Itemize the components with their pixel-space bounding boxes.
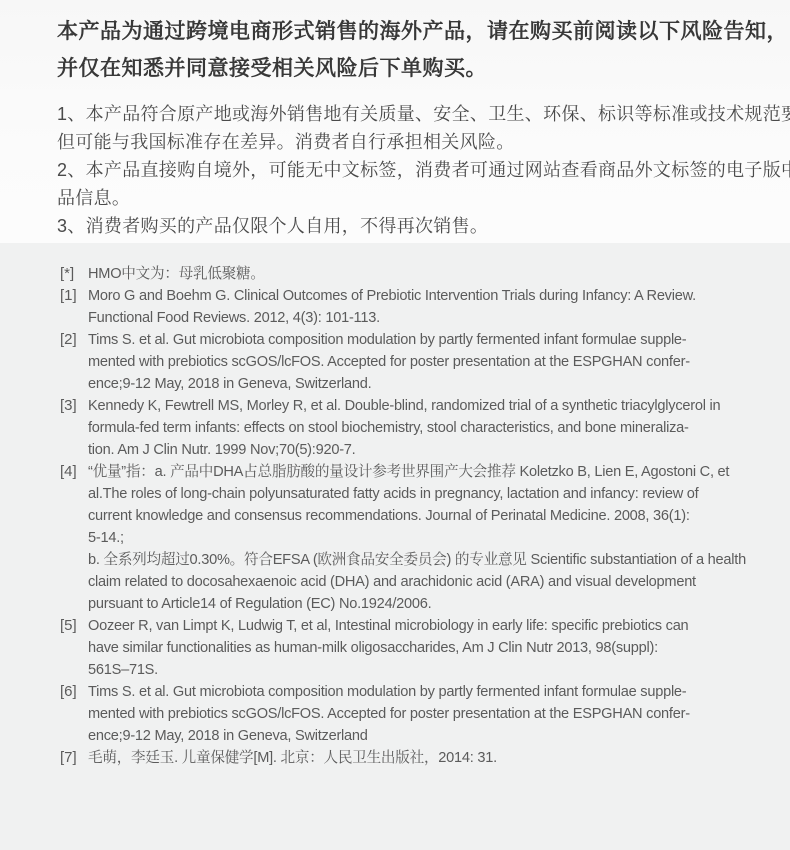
reference-line: Moro G and Boehm G. Clinical Outcomes of… bbox=[88, 285, 752, 307]
reference-text: “优量”指：a. 产品中DHA占总脂肪酸的量设计参考世界围产大会推荐 Kolet… bbox=[88, 461, 752, 615]
reference-item-4: [4] “优量”指：a. 产品中DHA占总脂肪酸的量设计参考世界围产大会推荐 K… bbox=[60, 461, 752, 615]
reference-label: [7] bbox=[60, 747, 88, 769]
reference-label: [3] bbox=[60, 395, 88, 417]
risk-point-line: 2、本产品直接购自境外，可能无中文标签，消费者可通过网站查看商品外文标签的电子版… bbox=[57, 156, 738, 184]
reference-line: have similar functionalities as human-mi… bbox=[88, 637, 752, 659]
reference-label: [*] bbox=[60, 263, 88, 285]
reference-line: ence;9-12 May, 2018 in Geneva, Switzerla… bbox=[88, 373, 752, 395]
product-detail-page: 本产品为通过跨境电商形式销售的海外产品，请在购买前阅读以下风险告知， 并仅在知悉… bbox=[0, 0, 790, 850]
risk-notice-heading: 本产品为通过跨境电商形式销售的海外产品，请在购买前阅读以下风险告知， 并仅在知悉… bbox=[57, 13, 738, 87]
reference-label: [2] bbox=[60, 329, 88, 351]
reference-line: mented with prebiotics scGOS/lcFOS. Acce… bbox=[88, 351, 752, 373]
reference-item-1: [1] Moro G and Boehm G. Clinical Outcome… bbox=[60, 285, 752, 329]
reference-item-3: [3] Kennedy K, Fewtrell MS, Morley R, et… bbox=[60, 395, 752, 461]
reference-text: Oozeer R, van Limpt K, Ludwig T, et al, … bbox=[88, 615, 752, 681]
reference-line: 毛萌，李廷玉. 儿童保健学[M]. 北京：人民卫生出版社，2014: 31. bbox=[88, 747, 752, 769]
reference-text: 毛萌，李廷玉. 儿童保健学[M]. 北京：人民卫生出版社，2014: 31. bbox=[88, 747, 752, 769]
reference-label: [6] bbox=[60, 681, 88, 703]
reference-line: 561S–71S. bbox=[88, 659, 752, 681]
reference-line: Tims S. et al. Gut microbiota compositio… bbox=[88, 681, 752, 703]
reference-line: pursuant to Article14 of Regulation (EC)… bbox=[88, 593, 752, 615]
reference-line: 5-14.; bbox=[88, 527, 752, 549]
reference-item-5: [5] Oozeer R, van Limpt K, Ludwig T, et … bbox=[60, 615, 752, 681]
risk-point-line: 但可能与我国标准存在差异。消费者自行承担相关风险。 bbox=[57, 128, 738, 156]
reference-item-2: [2] Tims S. et al. Gut microbiota compos… bbox=[60, 329, 752, 395]
reference-line: HMO中文为：母乳低聚糖。 bbox=[88, 263, 752, 285]
reference-line: “优量”指：a. 产品中DHA占总脂肪酸的量设计参考世界围产大会推荐 Kolet… bbox=[88, 461, 752, 483]
reference-text: HMO中文为：母乳低聚糖。 bbox=[88, 263, 752, 285]
risk-notice-points: 1、本产品符合原产地或海外销售地有关质量、安全、卫生、环保、标识等标准或技术规范… bbox=[57, 100, 738, 240]
reference-line: mented with prebiotics scGOS/lcFOS. Acce… bbox=[88, 703, 752, 725]
risk-point-line: 1、本产品符合原产地或海外销售地有关质量、安全、卫生、环保、标识等标准或技术规范… bbox=[57, 100, 738, 128]
references-section: [*] HMO中文为：母乳低聚糖。 [1] Moro G and Boehm G… bbox=[0, 243, 790, 850]
reference-item-7: [7] 毛萌，李廷玉. 儿童保健学[M]. 北京：人民卫生出版社，2014: 3… bbox=[60, 747, 752, 769]
heading-line: 并仅在知悉并同意接受相关风险后下单购买。 bbox=[57, 50, 738, 87]
risk-point-line: 3、消费者购买的产品仅限个人自用，不得再次销售。 bbox=[57, 212, 738, 240]
reference-line: claim related to docosahexaenoic acid (D… bbox=[88, 571, 752, 593]
reference-line: current knowledge and consensus recommen… bbox=[88, 505, 752, 527]
risk-point-line: 品信息。 bbox=[57, 184, 738, 212]
reference-text: Kennedy K, Fewtrell MS, Morley R, et al.… bbox=[88, 395, 752, 461]
reference-text: Tims S. et al. Gut microbiota compositio… bbox=[88, 329, 752, 395]
reference-line: al.The roles of long-chain polyunsaturat… bbox=[88, 483, 752, 505]
reference-line: Oozeer R, van Limpt K, Ludwig T, et al, … bbox=[88, 615, 752, 637]
reference-line: Kennedy K, Fewtrell MS, Morley R, et al.… bbox=[88, 395, 752, 417]
risk-point-2: 2、本产品直接购自境外，可能无中文标签，消费者可通过网站查看商品外文标签的电子版… bbox=[57, 156, 738, 212]
reference-line: Functional Food Reviews. 2012, 4(3): 101… bbox=[88, 307, 752, 329]
reference-label: [1] bbox=[60, 285, 88, 307]
reference-item-star: [*] HMO中文为：母乳低聚糖。 bbox=[60, 263, 752, 285]
cross-border-risk-disclaimer-section: 本产品为通过跨境电商形式销售的海外产品，请在购买前阅读以下风险告知， 并仅在知悉… bbox=[0, 0, 790, 243]
risk-point-1: 1、本产品符合原产地或海外销售地有关质量、安全、卫生、环保、标识等标准或技术规范… bbox=[57, 100, 738, 156]
reference-text: Moro G and Boehm G. Clinical Outcomes of… bbox=[88, 285, 752, 329]
reference-line: Tims S. et al. Gut microbiota compositio… bbox=[88, 329, 752, 351]
reference-item-6: [6] Tims S. et al. Gut microbiota compos… bbox=[60, 681, 752, 747]
reference-label: [4] bbox=[60, 461, 88, 483]
reference-label: [5] bbox=[60, 615, 88, 637]
reference-line: b. 全系列均超过0.30%。符合EFSA (欧洲食品安全委员会) 的专业意见 … bbox=[88, 549, 752, 571]
reference-line: tion. Am J Clin Nutr. 1999 Nov;70(5):920… bbox=[88, 439, 752, 461]
reference-line: ence;9-12 May, 2018 in Geneva, Switzerla… bbox=[88, 725, 752, 747]
reference-line: formula-fed term infants: effects on sto… bbox=[88, 417, 752, 439]
risk-point-3: 3、消费者购买的产品仅限个人自用，不得再次销售。 bbox=[57, 212, 738, 240]
reference-text: Tims S. et al. Gut microbiota compositio… bbox=[88, 681, 752, 747]
heading-line: 本产品为通过跨境电商形式销售的海外产品，请在购买前阅读以下风险告知， bbox=[57, 13, 738, 50]
